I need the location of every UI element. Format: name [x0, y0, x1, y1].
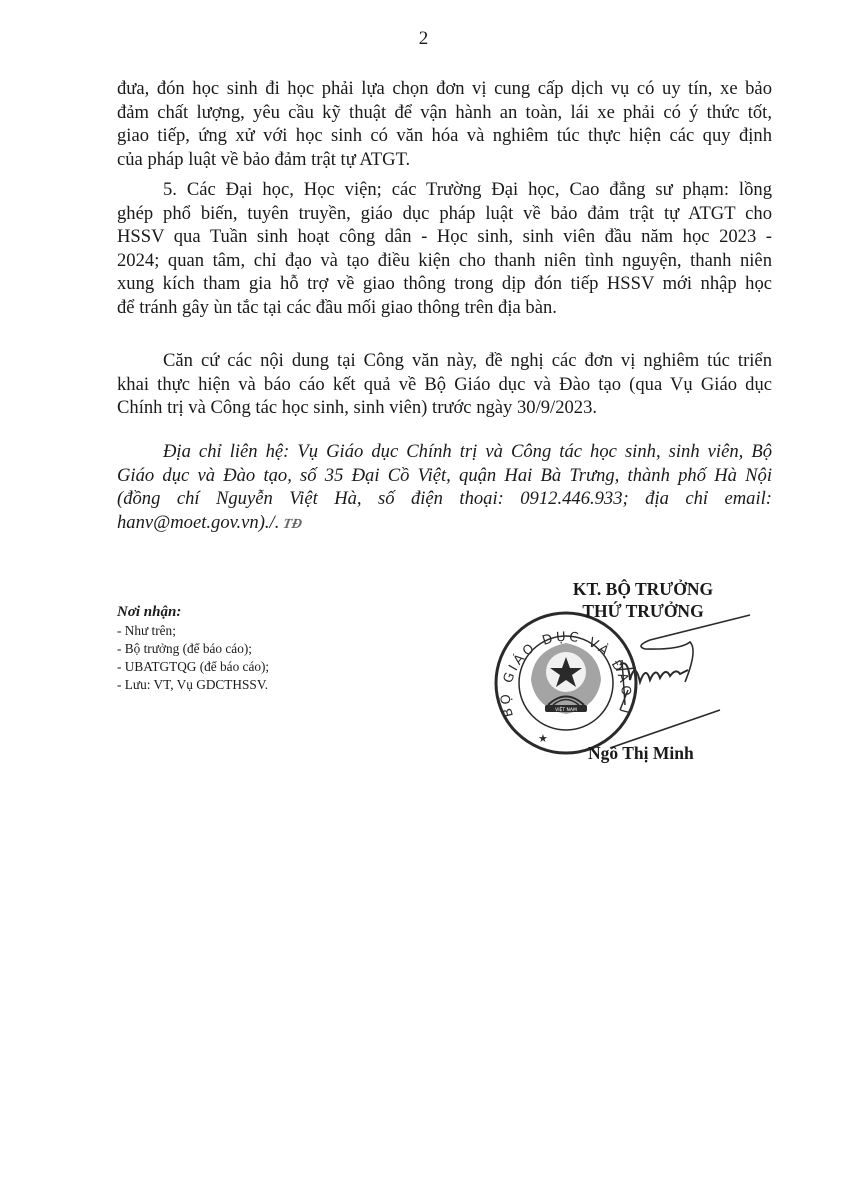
recipients-list: Nơi nhận: - Như trên; - Bộ trưởng (để bá… — [117, 603, 269, 694]
text-line: giao tiếp, ứng xử với học sinh có văn hó… — [117, 124, 772, 148]
text-line: Căn cứ các nội dung tại Công văn này, đề… — [117, 349, 772, 373]
handwritten-signature-icon — [480, 570, 770, 770]
paragraph-reporting-request: Căn cứ các nội dung tại Công văn này, đề… — [117, 349, 772, 420]
text-line: hanv@moet.gov.vn)./.TĐ — [117, 511, 772, 537]
text-line: Giáo dục và Đào tạo, số 35 Đại Cồ Việt, … — [117, 464, 772, 488]
text-line: xung kích tham gia hỗ trợ về giao thông … — [117, 272, 772, 296]
paragraph-school-transport: đưa, đón học sinh đi học phải lựa chọn đ… — [117, 77, 772, 171]
signer-name: Ngô Thị Minh — [588, 743, 694, 764]
text-line: Chính trị và Công tác học sinh, sinh viê… — [117, 396, 772, 420]
text-line: ghép phổ biến, tuyên truyền, giáo dục ph… — [117, 202, 772, 226]
contact-email: hanv@moet.gov.vn)./. — [117, 512, 279, 533]
text-line: của pháp luật về bảo đảm trật tự ATGT. — [117, 148, 772, 172]
recipient-item: - Lưu: VT, Vụ GDCTHSSV. — [117, 676, 269, 694]
paragraph-universities: 5. Các Đại học, Học viện; các Trường Đại… — [117, 178, 772, 319]
text-line: 2024; quan tâm, chỉ đạo và tạo điều kiện… — [117, 249, 772, 273]
recipient-item: - Như trên; — [117, 622, 269, 640]
recipients-title: Nơi nhận: — [117, 603, 269, 622]
text-line: (đồng chí Nguyễn Việt Hà, số điện thoại:… — [117, 487, 772, 511]
text-line: đưa, đón học sinh đi học phải lựa chọn đ… — [117, 77, 772, 101]
text-line: Địa chỉ liên hệ: Vụ Giáo dục Chính trị v… — [117, 440, 772, 464]
recipient-item: - Bộ trưởng (để báo cáo); — [117, 640, 269, 658]
recipient-item: - UBATGTQG (để báo cáo); — [117, 658, 269, 676]
text-line: để tránh gây ùn tắc tại các đầu mối giao… — [117, 296, 772, 320]
text-line: 5. Các Đại học, Học viện; các Trường Đại… — [117, 178, 772, 202]
text-line: HSSV qua Tuần sinh hoạt công dân - Học s… — [117, 225, 772, 249]
paragraph-contact-address: Địa chỉ liên hệ: Vụ Giáo dục Chính trị v… — [117, 440, 772, 536]
text-line: đảm chất lượng, yêu cầu kỹ thuật để vận … — [117, 101, 772, 125]
text-line: khai thực hiện và báo cáo kết quả về Bộ … — [117, 373, 772, 397]
initials-mark: TĐ — [281, 513, 304, 537]
signature-block: BỘ GIÁO DỤC VÀ ĐÀO TẠO VIỆT NAM ★ KT. BỘ… — [480, 570, 770, 770]
page-number: 2 — [0, 28, 847, 50]
